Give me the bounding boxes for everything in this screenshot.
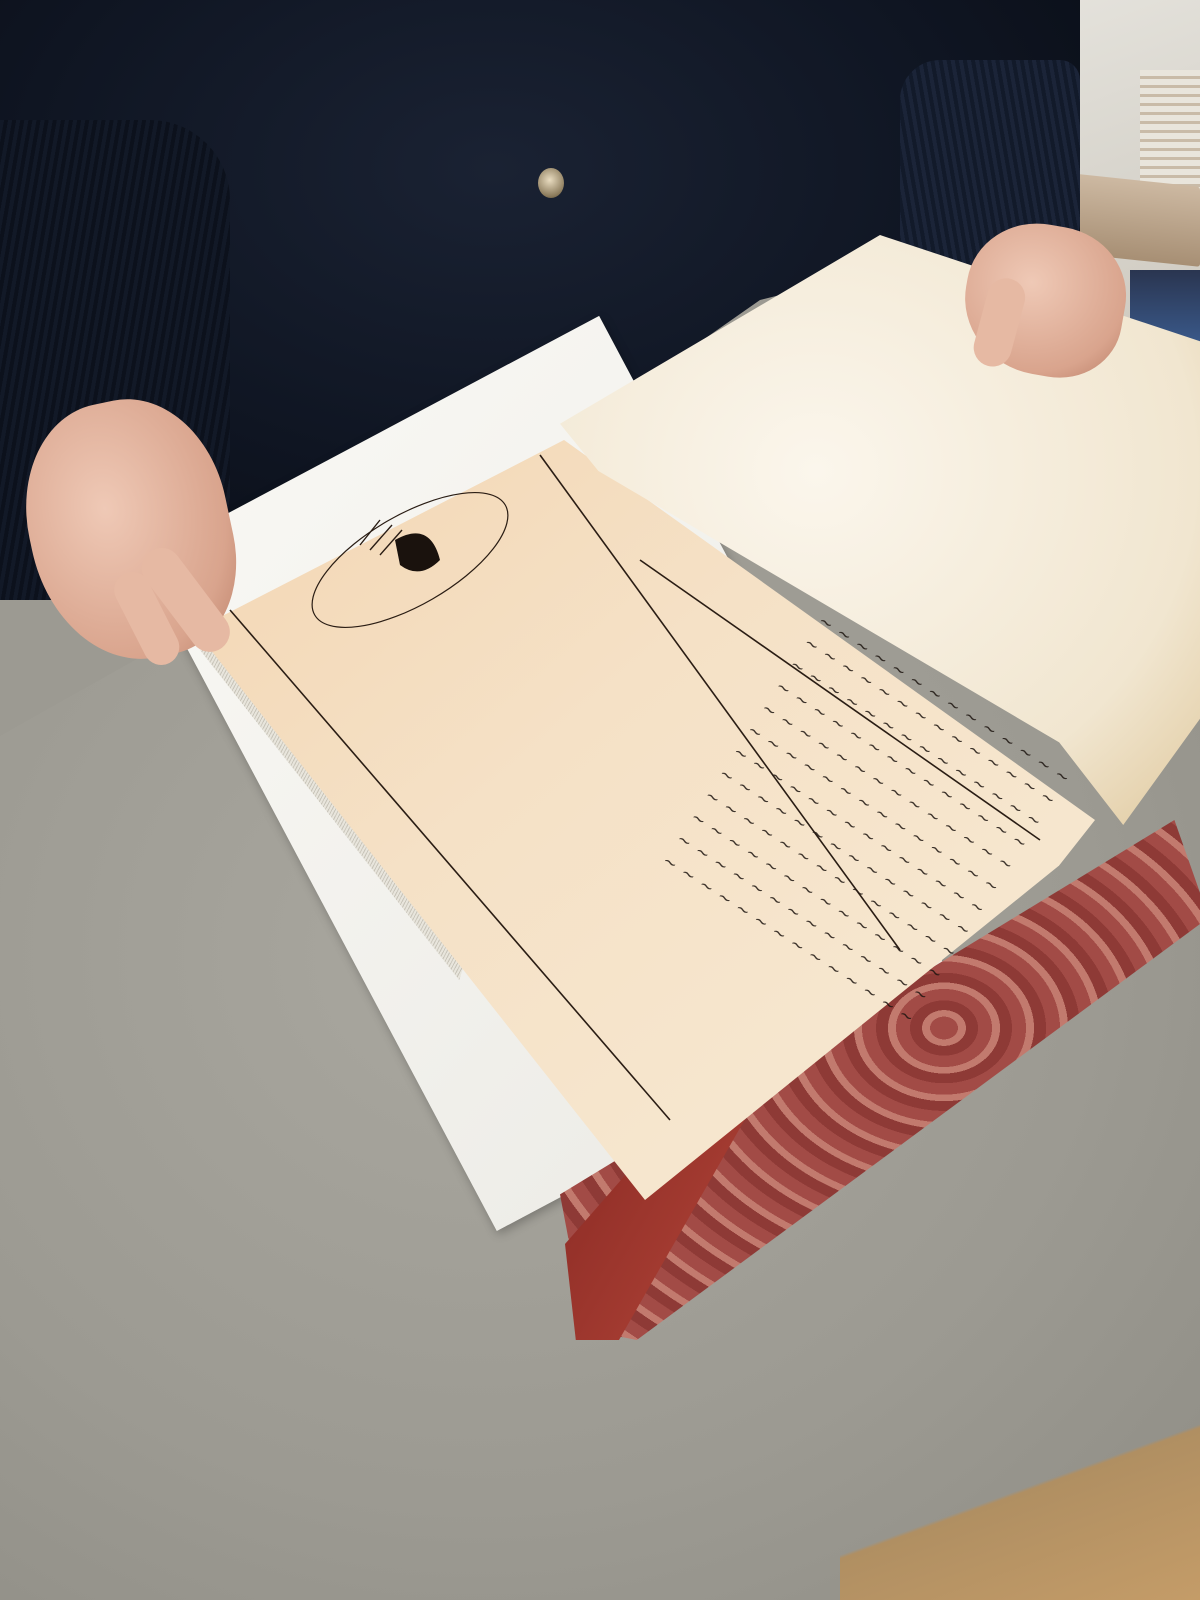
photo-scene: ~ ~ ~ ~ ~ ~ ~ ~ ~ ~ ~ ~ ~ ~ ~ ~ ~ ~ ~ ~ … <box>0 0 1200 1600</box>
thumb <box>969 274 1029 371</box>
decorative-flourish-icon <box>292 466 528 654</box>
